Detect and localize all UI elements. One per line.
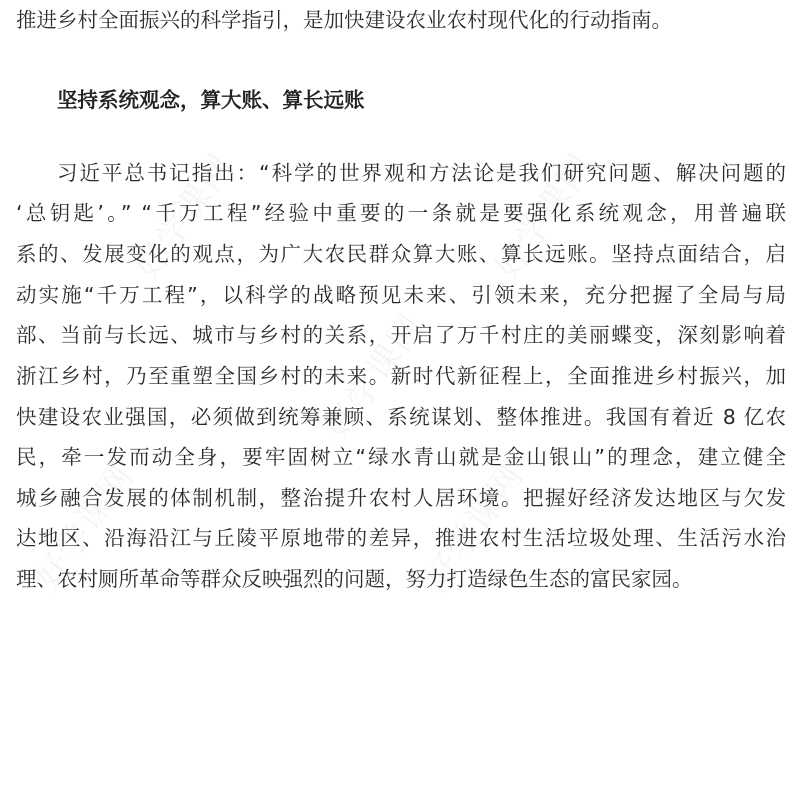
paragraph-line: 部、当前与长远、城市与乡村的关系，开启了万千村庄的美丽蝶变，深刻影响着 [16, 321, 786, 349]
paragraph-line: 动实施“千万工程”，以科学的战略预见未来、引领未来，充分把握了全局与局 [16, 281, 786, 309]
paragraph-line: 系的、发展变化的观点，为广大农民群众算大账、算长远账。坚持点面结合，启 [16, 240, 786, 268]
paragraph-line: 民，牵一发而动全身，要牢固树立“绿水青山就是金山银山”的理念，建立健全 [16, 443, 786, 471]
paragraph-line: 习近平总书记指出：“科学的世界观和方法论是我们研究问题、解决问题的 [57, 159, 786, 187]
paragraph-line: 快建设农业强国，必须做到统筹兼顾、系统谋划、整体推进。我国有着近 8 亿农 [16, 403, 786, 431]
paragraph-line: 达地区、沿海沿江与丘陵平原地带的差异，推进农村生活垃圾处理、生活污水治 [16, 524, 786, 552]
paragraph-line: 城乡融合发展的体制机制，整治提升农村人居环境。把握好经济发达地区与欠发 [16, 484, 786, 512]
paragraph-line: 浙江乡村，乃至重塑全国乡村的未来。新时代新征程上，全面推进乡村振兴，加 [16, 362, 786, 390]
paragraph-line: ‘总钥匙’。” “千万工程”经验中重要的一条就是要强化系统观念，用普遍联 [16, 199, 786, 227]
section-heading: 坚持系统观念，算大账、算长远账 [57, 86, 365, 114]
intro-line: 推进乡村全面振兴的科学指引，是加快建设农业农村现代化的行动指南。 [16, 6, 786, 34]
paragraph-line: 理、农村厕所革命等群众反映强烈的问题，努力打造绿色生态的富民家园。 [16, 565, 786, 593]
